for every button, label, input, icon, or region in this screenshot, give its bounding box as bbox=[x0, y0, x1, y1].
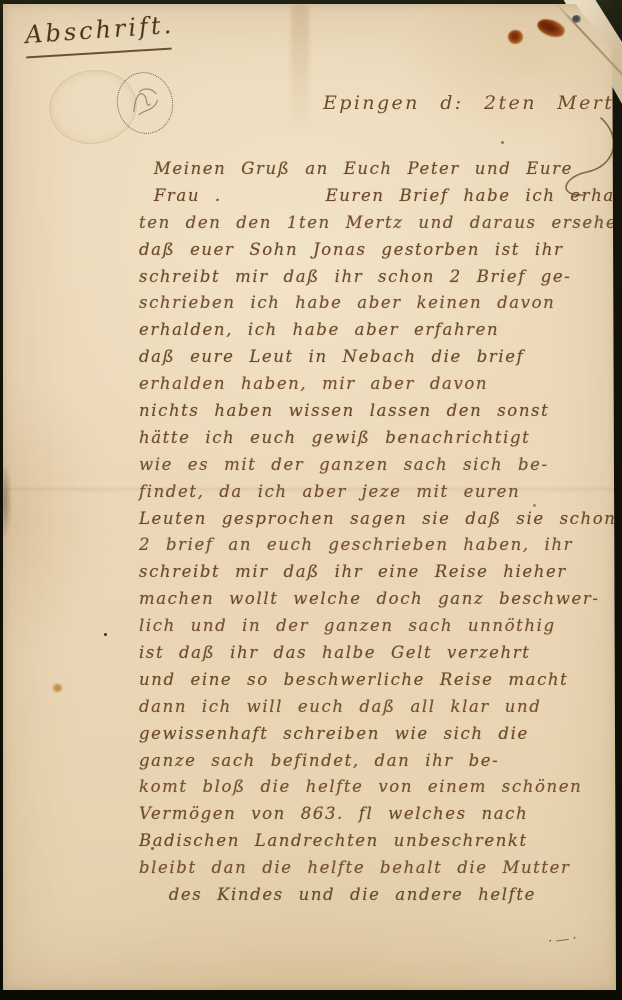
letter-line: erhalden, ich habe aber erfahren bbox=[139, 317, 615, 344]
ink-speck bbox=[533, 504, 536, 507]
letter-line: schreibt mir daß ihr schon 2 Brief ge- bbox=[139, 264, 615, 291]
copy-label: Abschrift. bbox=[24, 11, 175, 49]
wax-stain-small bbox=[508, 30, 523, 44]
letter-line: ten den den 1ten Mertz und daraus ersehe… bbox=[139, 210, 615, 237]
letter-line: daß eure Leut in Nebach die brief bbox=[139, 344, 615, 371]
letter-line: wie es mit der ganzen sach sich be- bbox=[139, 452, 615, 479]
letter-line: Leuten gesprochen sagen sie daß sie scho… bbox=[139, 506, 615, 533]
edge-stain bbox=[3, 466, 11, 536]
letter-line: des Kindes und die andere helfte bbox=[139, 882, 615, 909]
letter-line: dann ich will euch daß all klar und bbox=[139, 694, 615, 721]
postmark-squiggle bbox=[117, 74, 173, 132]
letter-line: bleibt dan die helfte behalt die Mutter bbox=[139, 855, 615, 882]
end-mark: ·—· bbox=[547, 930, 581, 950]
letter-line: Vermögen von 863. fl welches nach bbox=[139, 801, 615, 828]
letter-body: Meinen Gruß an Euch Peter und Eure Frau … bbox=[139, 156, 615, 909]
wax-stain-large bbox=[535, 15, 567, 41]
letter-photo: Abschrift. Epingen d: 2ten Mertz Meinen … bbox=[0, 0, 622, 1000]
letter-line: 2 brief an euch geschrieben haben, ihr bbox=[139, 532, 615, 559]
letter-line: daß euer Sohn Jonas gestorben ist ihr bbox=[139, 237, 615, 264]
letter-line: Meinen Gruß an Euch Peter und Eure bbox=[139, 156, 615, 183]
foxing-spot bbox=[52, 683, 63, 693]
letter-line: ist daß ihr das halbe Gelt verzehrt bbox=[139, 640, 615, 667]
letter-line: Badischen Landrechten unbeschrenkt bbox=[139, 828, 615, 855]
letter-line: schrieben ich habe aber keinen davon bbox=[139, 290, 615, 317]
dateline: Epingen d: 2ten Mertz bbox=[323, 92, 622, 114]
letter-line: und eine so beschwerliche Reise macht bbox=[139, 667, 615, 694]
letter-line: machen wollt welche doch ganz beschwer- bbox=[139, 586, 615, 613]
letter-line: gewissenhaft schreiben wie sich die bbox=[139, 721, 615, 748]
letter-line: ganze sach befindet, dan ihr be- bbox=[139, 748, 615, 775]
letter-paper: Abschrift. Epingen d: 2ten Mertz Meinen … bbox=[3, 4, 616, 990]
letter-line: schreibt mir daß ihr eine Reise hieher bbox=[139, 559, 615, 586]
paper-stain-streak bbox=[291, 4, 309, 154]
ink-speck bbox=[151, 847, 154, 850]
letter-line: Frau . Euren Brief habe ich erhal- bbox=[139, 183, 615, 210]
letter-line: hätte ich euch gewiß benachrichtigt bbox=[139, 425, 615, 452]
letter-line: lich und in der ganzen sach unnöthig bbox=[139, 613, 615, 640]
letter-line: nichts haben wissen lassen den sonst bbox=[139, 398, 615, 425]
ink-speck bbox=[104, 633, 107, 636]
letter-line: komt bloß die helfte von einem schönen bbox=[139, 774, 615, 801]
copy-label-underline bbox=[26, 48, 172, 59]
fold-crease bbox=[3, 488, 616, 493]
letter-line: erhalden haben, mir aber davon bbox=[139, 371, 615, 398]
ink-speck bbox=[501, 141, 504, 144]
